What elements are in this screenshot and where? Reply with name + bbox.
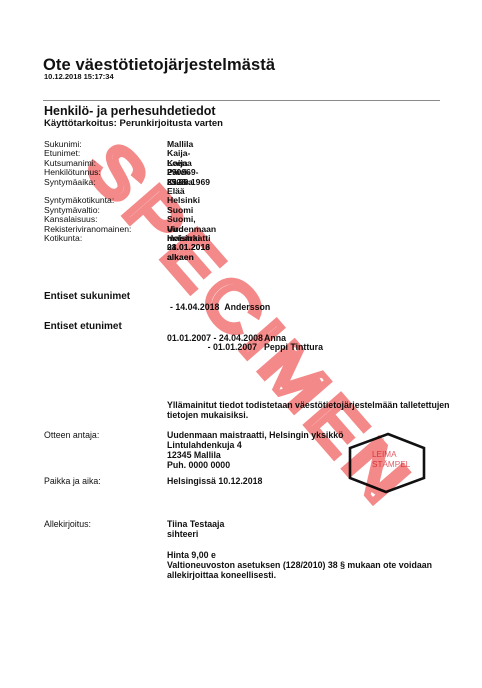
certification-line-2: tietojen mukaisiksi. bbox=[167, 410, 450, 420]
former-surname-period: - 14.04.2018 bbox=[170, 302, 219, 312]
issuer-block: Uudenmaan maistraatti, Helsingin yksikkö… bbox=[167, 430, 343, 470]
legal-note-line-1: Valtioneuvoston asetuksen (128/2010) 38 … bbox=[167, 560, 432, 570]
header-divider bbox=[43, 100, 440, 101]
signer-title: sihteeri bbox=[167, 529, 224, 539]
certification-line-1: Yllämainitut tiedot todistetaan väestöti… bbox=[167, 400, 450, 410]
former-first-name-period-2: - 01.01.2007 bbox=[167, 342, 257, 352]
official-stamp: LEIMA STÄMPEL bbox=[348, 432, 426, 494]
purpose-subtitle: Käyttötarkoitus: Perunkirjoitusta varten bbox=[44, 118, 223, 129]
price-note-block: Hinta 9,00 e Valtioneuvoston asetuksen (… bbox=[167, 550, 432, 580]
former-surname-entry: - 14.04.2018 Andersson bbox=[170, 302, 270, 312]
former-first-names-heading: Entiset etunimet bbox=[44, 321, 122, 332]
field-value: Helsinki 28.01.2013 alkaen bbox=[167, 234, 210, 262]
place-time-value: Helsingissä 10.12.2018 bbox=[167, 476, 262, 486]
issuer-postal: 12345 Mallila bbox=[167, 450, 343, 460]
stamp-text: LEIMA STÄMPEL bbox=[372, 450, 410, 470]
issuer-name: Uudenmaan maistraatti, Helsingin yksikkö bbox=[167, 430, 343, 440]
stamp-line-2: STÄMPEL bbox=[372, 460, 410, 470]
stamp-line-1: LEIMA bbox=[372, 450, 410, 460]
document-timestamp: 10.12.2018 15:17:34 bbox=[44, 72, 114, 81]
section-title: Henkilö- ja perhesuhdetiedot bbox=[44, 104, 216, 118]
field-label: Kotikunta: bbox=[44, 234, 82, 243]
price: Hinta 9,00 e bbox=[167, 550, 432, 560]
certification-text: Yllämainitut tiedot todistetaan väestöti… bbox=[167, 400, 450, 420]
legal-note-line-2: allekirjoittaa koneellisesti. bbox=[167, 570, 432, 580]
place-time-label: Paikka ja aika: bbox=[44, 476, 101, 486]
issuer-street: Lintulahdenkuja 4 bbox=[167, 440, 343, 450]
issuer-phone: Puh. 0000 0000 bbox=[167, 460, 343, 470]
former-surname-name: Andersson bbox=[224, 302, 270, 312]
issuer-label: Otteen antaja: bbox=[44, 430, 99, 440]
field-label: Syntymäaika: bbox=[44, 178, 96, 187]
former-surnames-heading: Entiset sukunimet bbox=[44, 291, 130, 302]
signature-label: Allekirjoitus: bbox=[44, 519, 91, 529]
former-first-name-2: Peppi Tinttura bbox=[264, 342, 323, 352]
signature-block: Tiina Testaaja sihteeri bbox=[167, 519, 224, 539]
signer-name: Tiina Testaaja bbox=[167, 519, 224, 529]
